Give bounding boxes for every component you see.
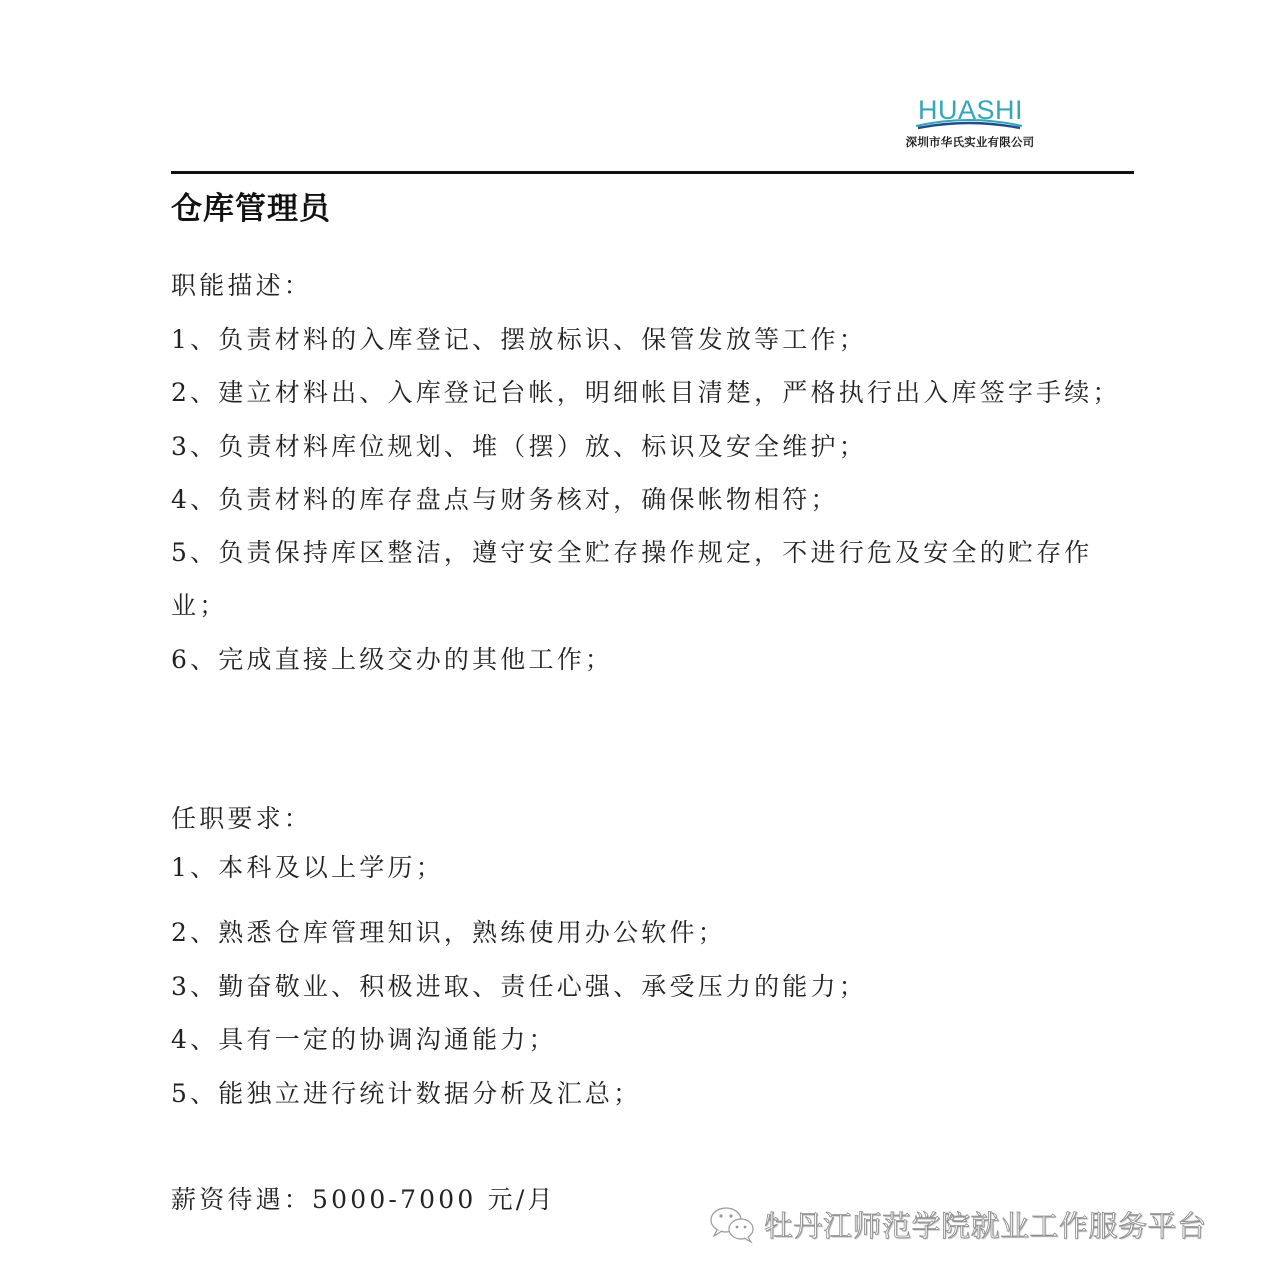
requirement-item: 3、勤奋敬业、积极进取、责任心强、承受压力的能力；: [171, 972, 867, 1002]
wechat-watermark: 牡丹江师范学院就业工作服务平台: [708, 1204, 1207, 1244]
requirement-item: 5、能独立进行统计数据分析及汇总；: [171, 1079, 641, 1109]
duties-heading: 职能描述：: [171, 271, 312, 301]
salary-info: 薪资待遇：5000-7000 元/月: [171, 1185, 556, 1215]
duty-item: 2、建立材料出、入库登记台帐，明细帐目清楚，严格执行出入库签字手续；: [171, 378, 1121, 408]
requirements-heading: 任职要求：: [171, 804, 312, 834]
wechat-icon: [708, 1204, 760, 1244]
requirement-item: 4、具有一定的协调沟通能力；: [171, 1025, 557, 1055]
watermark-text: 牡丹江师范学院就业工作服务平台: [764, 1204, 1207, 1245]
requirement-item: 1、本科及以上学历；: [171, 853, 444, 883]
logo-company-name: 深圳市华氏实业有限公司: [890, 134, 1050, 150]
header-divider: [171, 171, 1134, 174]
duty-item: 6、完成直接上级交办的其他工作；: [171, 645, 613, 675]
page-title: 仓库管理员: [171, 183, 331, 228]
requirement-item: 2、熟悉仓库管理知识，熟练使用办公软件；: [171, 918, 726, 948]
duty-item-continued: 业；: [171, 591, 227, 621]
company-logo: HUASHI 深圳市华氏实业有限公司: [890, 96, 1050, 156]
duty-item: 1、负责材料的入库登记、摆放标识、保管发放等工作；: [171, 325, 867, 355]
logo-swoosh-icon: [914, 116, 1024, 130]
duty-item: 4、负责材料的库存盘点与财务核对，确保帐物相符；: [171, 485, 839, 515]
duty-item: 5、负责保持库区整洁，遵守安全贮存操作规定，不进行危及安全的贮存作: [171, 538, 1093, 568]
duty-item: 3、负责材料库位规划、堆（摆）放、标识及安全维护；: [171, 432, 867, 462]
